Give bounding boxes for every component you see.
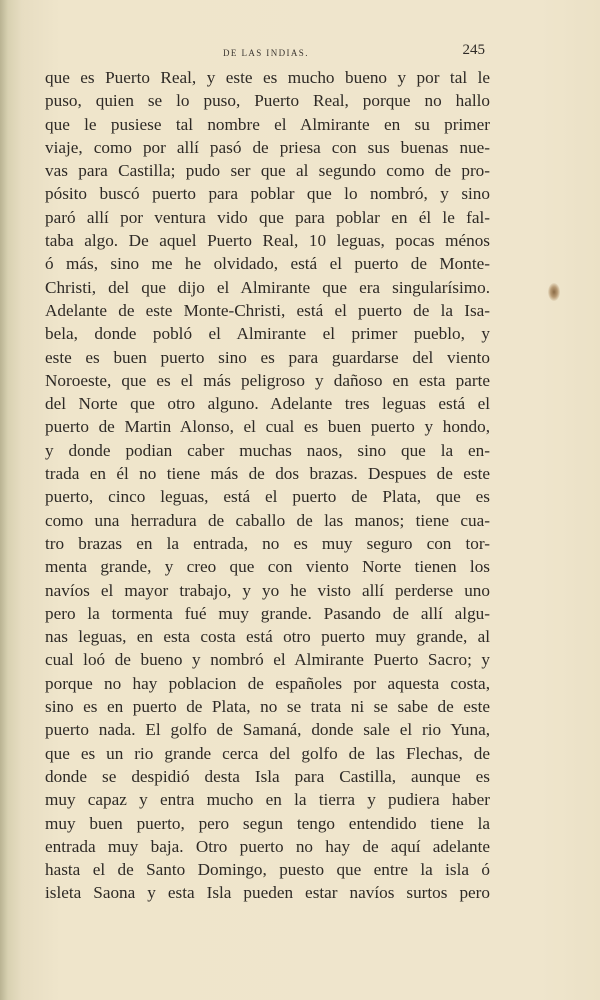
- text-line: menta grande, y creo que con viento Nort…: [45, 555, 490, 578]
- text-line: Christi, del que dijo el Almirante que e…: [45, 276, 490, 299]
- text-line: porque no hay poblacion de españoles por…: [45, 672, 490, 695]
- text-line: muy buen puerto, pero segun tengo entend…: [45, 812, 490, 835]
- body-text: que es Puerto Real, y este es mucho buen…: [45, 66, 490, 905]
- text-line: paró allí por ventura vido que para pobl…: [45, 206, 490, 229]
- text-line: viaje, como por allí pasó de priesa con …: [45, 136, 490, 159]
- text-line: donde se despidió desta Isla para Castil…: [45, 765, 490, 788]
- text-line: que es un rio grande cerca del golfo de …: [45, 742, 490, 765]
- text-line: taba algo. De aquel Puerto Real, 10 legu…: [45, 229, 490, 252]
- text-line: muy capaz y entra mucho en la tierra y p…: [45, 788, 490, 811]
- text-line: entrada muy baja. Otro puerto no hay de …: [45, 835, 490, 858]
- text-line: pósito buscó puerto para poblar que lo n…: [45, 182, 490, 205]
- text-line: tro brazas en la entrada, no es muy segu…: [45, 532, 490, 555]
- running-head: DE LAS INDIAS.: [223, 48, 309, 58]
- text-line: y donde podian caber muchas naos, sino q…: [45, 439, 490, 462]
- text-line: ó más, sino me he olvidado, está el puer…: [45, 252, 490, 275]
- text-line: Adelante de este Monte-Christi, está el …: [45, 299, 490, 322]
- page-header: DE LAS INDIAS. 245: [45, 44, 485, 66]
- text-line: cual loó de bueno y nombró el Almirante …: [45, 648, 490, 671]
- text-line: puerto nada. El golfo de Samaná, donde s…: [45, 718, 490, 741]
- text-line: pero la tormenta fué muy grande. Pasando…: [45, 602, 490, 625]
- text-line: del Norte que otro alguno. Adelante tres…: [45, 392, 490, 415]
- text-line: puso, quien se lo puso, Puerto Real, por…: [45, 89, 490, 112]
- text-line: isleta Saona y esta Isla pueden estar na…: [45, 881, 490, 904]
- text-line: bela, donde pobló el Almirante el primer…: [45, 322, 490, 345]
- text-line: Noroeste, que es el más peligroso y daño…: [45, 369, 490, 392]
- text-line: nas leguas, en esta costa está otro puer…: [45, 625, 490, 648]
- text-line: como una herradura de caballo de las man…: [45, 509, 490, 532]
- text-line: navíos el mayor trabajo, y yo he visto a…: [45, 579, 490, 602]
- text-line: que es Puerto Real, y este es mucho buen…: [45, 66, 490, 89]
- text-line: sino es en puerto de Plata, no se trata …: [45, 695, 490, 718]
- text-line: puerto de Martin Alonso, el cual es buen…: [45, 415, 490, 438]
- foxing-stain: [548, 283, 560, 301]
- text-line: vas para Castilla; pudo ser que al segun…: [45, 159, 490, 182]
- text-line: trada en él no tiene más de dos brazas. …: [45, 462, 490, 485]
- text-line: que le pusiese tal nombre el Almirante e…: [45, 113, 490, 136]
- text-line: puerto, cinco leguas, está el puerto de …: [45, 485, 490, 508]
- text-line: hasta el de Santo Domingo, puesto que en…: [45, 858, 490, 881]
- text-line: este es buen puerto sino es para guardar…: [45, 346, 490, 369]
- page-number: 245: [463, 42, 486, 59]
